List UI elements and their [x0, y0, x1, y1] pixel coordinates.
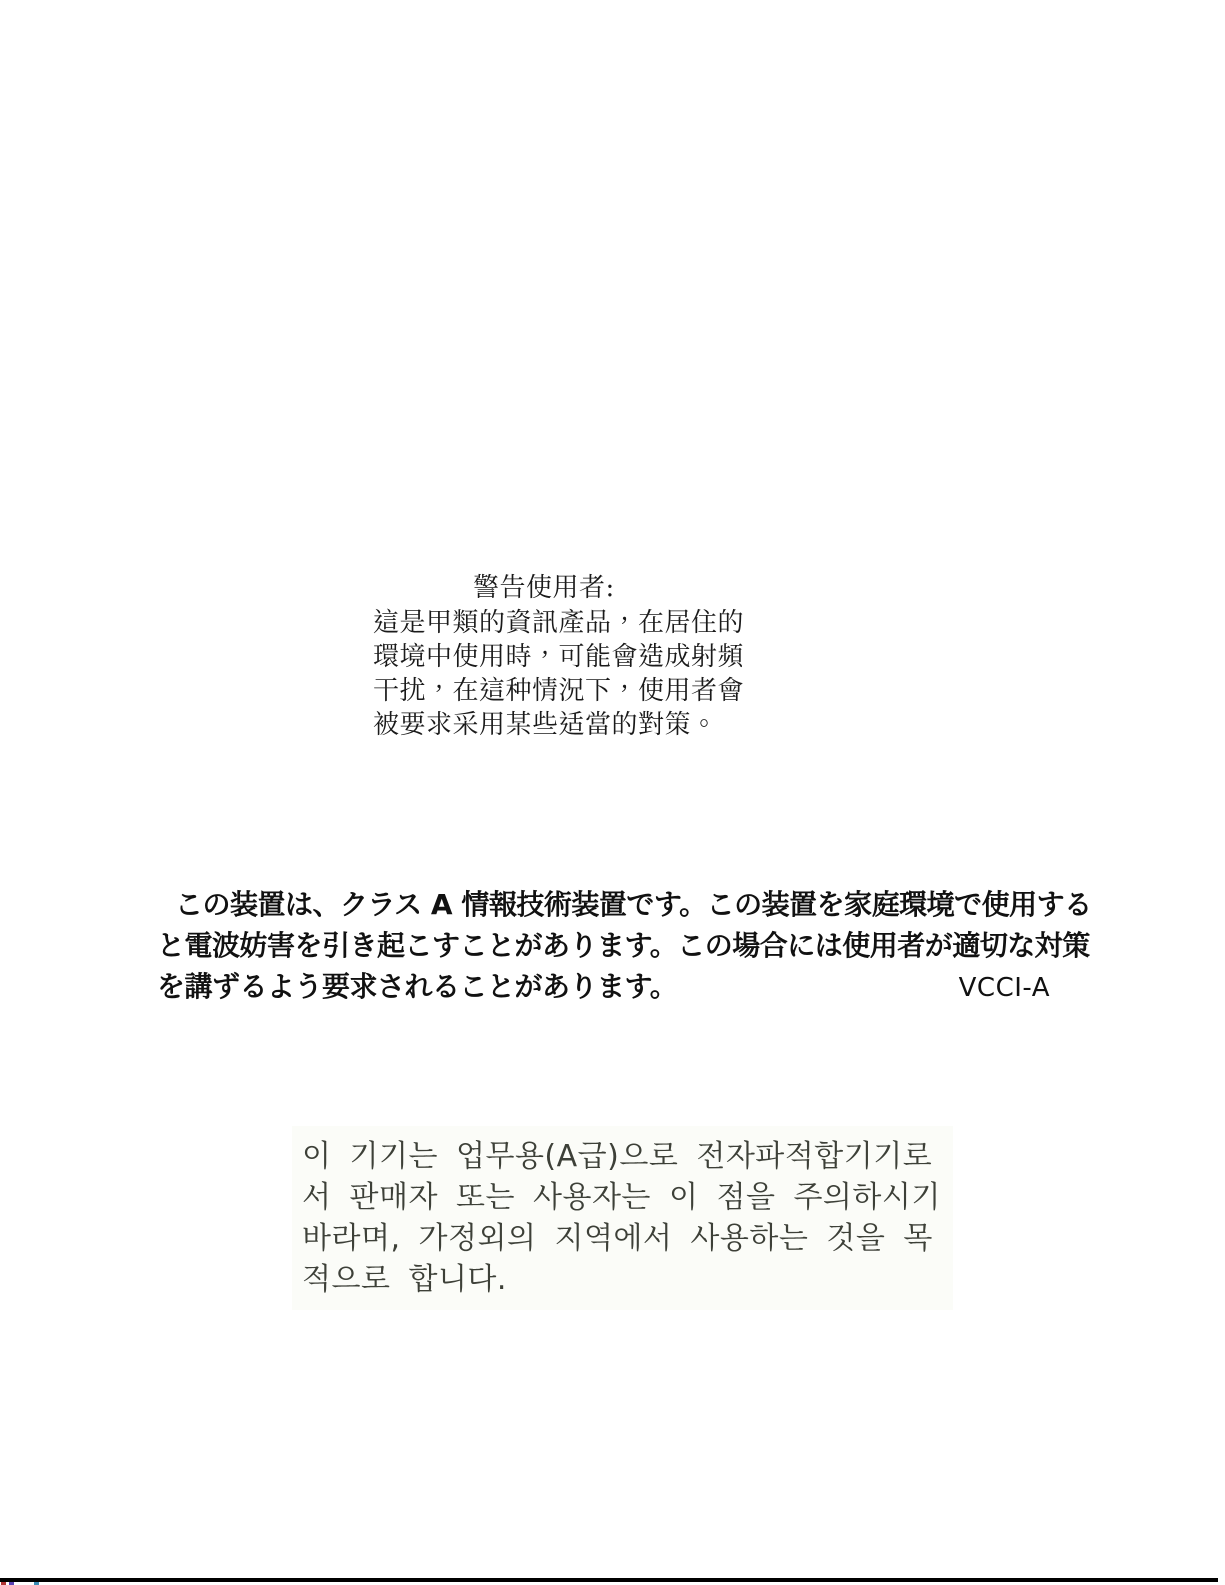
- japanese-notice-line-3: を講ずるよう要求されることがあります。 VCCI-A: [157, 966, 1097, 1007]
- chinese-notice-line-1: 這是甲類的資訊產品，在居住的: [373, 606, 753, 640]
- chinese-class-a-notice: 警告使用者: 這是甲類的資訊產品，在居住的 環境中使用時，可能會造成射頻 干扰，…: [373, 572, 753, 742]
- chinese-notice-title: 警告使用者:: [473, 572, 753, 604]
- japanese-notice-line-1: この装置は、クラス A 情報技術装置です。この装置を家庭環境で使用する: [157, 884, 1097, 925]
- korean-notice-line-2: 서 판매자 또는 사용자는 이 점을 주의하시기: [302, 1177, 941, 1218]
- korean-notice-line-3: 바라며, 가정외의 지역에서 사용하는 것을 목: [302, 1218, 941, 1259]
- vcci-a-label: VCCI-A: [959, 968, 1050, 1009]
- chinese-notice-line-4: 被要求采用某些适當的對策。: [373, 708, 753, 742]
- japanese-vcci-class-a-notice: この装置は、クラス A 情報技術装置です。この装置を家庭環境で使用する と電波妨…: [157, 884, 1097, 1007]
- japanese-notice-line-3-text: を講ずるよう要求されることがあります。: [157, 970, 677, 1003]
- korean-class-a-notice: 이 기기는 업무용(A급)으로 전자파적합기기로 서 판매자 또는 사용자는 이…: [292, 1126, 953, 1310]
- korean-notice-line-4: 적으로 합니다.: [302, 1259, 941, 1300]
- japanese-notice-line-2: と電波妨害を引き起こすことがあります。この場合には使用者が適切な対策: [157, 925, 1097, 966]
- page-bottom-scan-line: [0, 1578, 1218, 1582]
- document-page: 警告使用者: 這是甲類的資訊產品，在居住的 環境中使用時，可能會造成射頻 干扰，…: [0, 0, 1225, 1585]
- chinese-notice-line-2: 環境中使用時，可能會造成射頻: [373, 640, 753, 674]
- korean-notice-line-1: 이 기기는 업무용(A급)으로 전자파적합기기로: [302, 1136, 941, 1177]
- chinese-notice-line-3: 干扰，在這种情況下，使用者會: [373, 674, 753, 708]
